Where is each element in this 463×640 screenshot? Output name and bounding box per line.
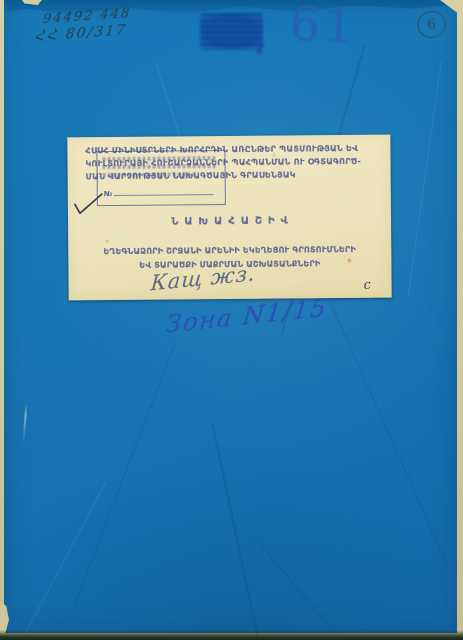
stamp-faint-text xyxy=(103,164,217,169)
crease-line xyxy=(211,422,259,638)
crease-line xyxy=(22,480,107,639)
corner-letter-mark: с xyxy=(363,277,372,293)
label-subtitle-line1: ԵՂԵԳՆԱՁՈՐԻ ՇՐՋԱՆԻ ԱՐԵՆԻԻ ԵԿԵՂԵՑՈՒ ԳՐՈՏՈՒ… xyxy=(68,245,391,257)
blank-line xyxy=(114,188,214,196)
circled-number-value: 6 xyxy=(427,17,436,33)
stamp-faint-text xyxy=(103,172,195,177)
handwritten-archive-codes: 94492 448 ՀՀ 80/317 xyxy=(40,5,132,45)
stamp-box: № xyxy=(96,150,225,206)
stamp-number-line: № xyxy=(104,188,214,198)
ink-stamp-blob xyxy=(200,13,263,50)
label-title: ՆԱԽԱՀԱՇԻՎ xyxy=(68,215,391,229)
checkmark-icon xyxy=(71,191,105,217)
crease-line xyxy=(252,535,336,635)
crease-line xyxy=(407,61,441,299)
numero-sign: № xyxy=(104,190,112,198)
stamp-faint-text xyxy=(102,156,216,161)
pasted-label: ՀՍՍՀ ՄԻՆԻՍՏՐՆԵՐԻ ԽՈՐՀՐԴԻՆ ԱՌԸՆԹԵՐ ՊԱՏՄՈՒ… xyxy=(67,135,391,301)
crease-line xyxy=(313,264,448,566)
crease-line xyxy=(72,339,177,610)
bottom-dark-edge xyxy=(0,630,463,640)
page-number: 61 xyxy=(289,0,359,54)
